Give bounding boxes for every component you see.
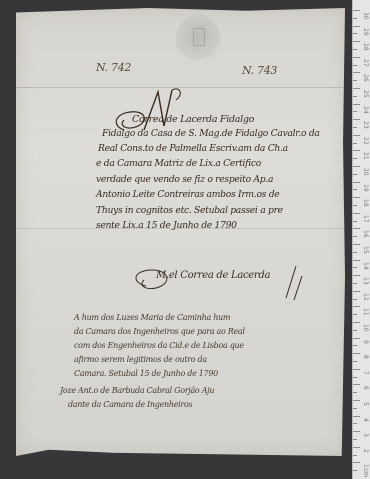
signature-flourish-icon [126,256,326,306]
ruler-label: 22 [362,137,369,145]
ruler-tick [353,158,357,159]
ruler-label: 13 [362,277,369,285]
body-line: Real Cons.to de Palmella Escriv.am da Ch… [98,143,288,154]
ruler-label: 16 [362,230,369,238]
measurement-ruler: 3029282726252423222120191817161514131211… [352,0,370,479]
ruler-label: 27 [362,59,369,67]
ruler-tick [353,41,360,42]
ruler-tick [353,49,357,50]
ruler-tick [353,439,357,440]
ruler-tick [353,221,357,222]
ruler-label: 4 [362,418,369,422]
ruler-tick [353,65,357,66]
body-line: Correa de Lacerda Fidalgo [132,114,254,125]
ruler-tick [353,127,357,128]
ruler-tick [353,322,360,323]
ruler-tick [353,338,360,339]
ruler-tick [353,330,357,331]
ruler-tick [353,119,360,120]
note-line: com dos Engenheiros da Cid.e de Lisboa q… [74,341,244,350]
ruler-tick [353,416,360,417]
ruler-tick [353,104,360,105]
note-line: afirmo serem legitimos de outro da [74,355,207,364]
note-line: da Camara dos Ingenheiros que para ao Re… [74,327,245,336]
ruler-tick [353,135,360,136]
ruler-tick [353,400,360,401]
ruler-tick [353,470,357,471]
body-line: Fidalgo da Casa de S. Mag.de Fidalgo Cav… [102,128,320,139]
ruler-label: 3 [362,433,369,437]
ruler-label: 26 [362,74,369,82]
ruler-label: 28 [362,43,369,51]
ruler-tick [353,111,357,112]
ruler-label: 9 [362,340,369,344]
ruler-label: 10 [362,324,369,332]
ruler-label: 21 [362,152,369,160]
ruler-tick [353,361,357,362]
ruler-label: 20 [362,168,369,176]
ruler-tick [353,299,357,300]
note-line: A hum dos Luzes Maria de Caminha hum [74,313,230,322]
ruler-label: 11 [362,308,369,316]
coat-of-arms-icon [193,28,205,46]
ruler-tick [353,80,357,81]
ruler-tick [353,353,360,354]
ruler-tick [353,189,357,190]
ruler-label: 19 [362,184,369,192]
ruler-label: 29 [362,28,369,36]
body-line: Antonio Leite Contreiras ambos Irm.os de [96,189,279,200]
ruler-tick [353,236,357,237]
body-line: e da Camara Matriz de Lix.a Certifico [96,158,261,169]
ruler-tick [353,26,360,27]
ruler-tick [353,369,360,370]
ruler-tick [353,267,357,268]
ruler-tick [353,96,357,97]
ruler-label: 2 [362,449,369,453]
document-number-right: N. 743 [242,64,277,77]
ruler-label: 8 [362,355,369,359]
ruler-tick [353,314,357,315]
ruler-tick [353,408,357,409]
ruler-tick [353,260,360,261]
ruler-unit-label: cm [362,468,369,477]
ruler-tick [353,244,360,245]
ruler-tick [353,345,357,346]
ruler-tick [353,392,357,393]
ruler-tick [353,384,360,385]
ruler-tick [353,423,357,424]
ruler-tick [353,455,357,456]
note-line: Camara. Setubal 15 de Junho de 1790 [74,369,218,378]
ruler-label: 17 [362,215,369,223]
ruler-label: 12 [362,293,369,301]
ruler-tick [353,291,360,292]
document-number-left: N. 742 [96,61,131,74]
ruler-label: 30 [362,12,369,20]
ruler-tick [353,377,357,378]
ruler-tick [353,275,360,276]
body-line: sente Lix.a 15 de Junho de 1790 [96,220,237,231]
seal-stamp-icon [176,14,220,62]
signature-note-line: Joze Ant.o de Barbuda Cabral Gorjão Aju [60,386,214,395]
ruler-tick [353,150,360,151]
ruler-label: 5 [362,402,369,406]
body-line: Thuys in cognitos etc. Setubal passei a … [96,205,283,216]
ruler-tick [353,306,360,307]
body-line: verdade que vendo se fiz o respeito Ap.a [96,174,273,185]
ruler-tick [353,213,360,214]
signature-main: M.el Correa de Lacerda [156,270,270,281]
ruler-label: 23 [362,121,369,129]
ruler-label: 7 [362,371,369,375]
ruler-tick [353,10,360,11]
ruler-tick [353,283,357,284]
ruler-tick [353,174,357,175]
ruler-tick [353,462,360,463]
ruler-tick [353,88,360,89]
ruler-tick [353,72,360,73]
ruler-label: 24 [362,106,369,114]
ruler-tick [353,228,360,229]
signature-note-line: dante da Camara de Ingenheiros [68,400,192,409]
ruler-tick [353,18,357,19]
ruler-label: 15 [362,246,369,254]
ruler-tick [353,182,360,183]
manuscript-page: N. 742 N. 743 Correa de Lacerda Fidalgo … [16,8,345,456]
ruler-label: 25 [362,90,369,98]
ruler-tick [353,166,360,167]
ruler-tick [353,33,357,34]
ruler-label: 6 [362,386,369,390]
ruler-label: 14 [362,262,369,270]
ruler-tick [353,57,360,58]
ruler-tick [353,197,360,198]
ruler-tick [353,205,357,206]
ruler-tick [353,143,357,144]
ruler-tick [353,252,357,253]
ruler-tick [353,431,360,432]
ruler-label: 18 [362,199,369,207]
ruler-tick [353,447,360,448]
